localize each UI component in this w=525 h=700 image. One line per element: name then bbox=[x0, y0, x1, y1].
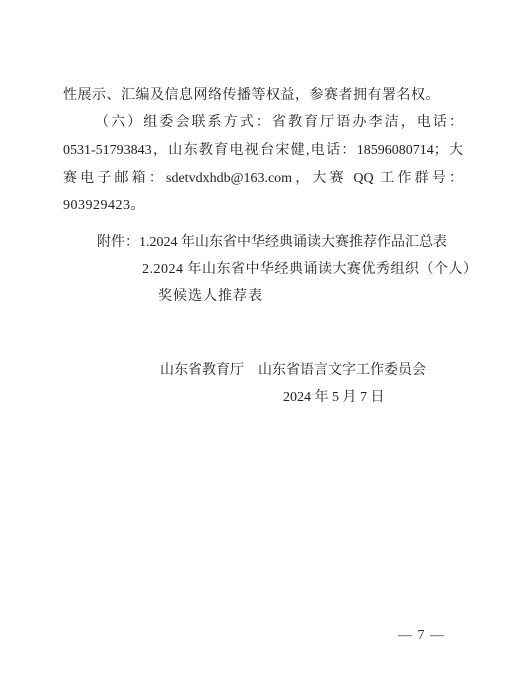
body-text-line: 赛电子邮箱：sdetvdxhdb@163.com，大赛 QQ 工作群号： bbox=[63, 171, 463, 186]
body-text-line: 903929423。 bbox=[63, 198, 145, 213]
page-number: — 7 — bbox=[398, 628, 445, 643]
signature-date: 2024 年 5 月 7 日 bbox=[283, 390, 385, 405]
signature-organizations: 山东省教育厅 山东省语言文字工作委员会 bbox=[160, 363, 426, 378]
body-text-line: 0531-51793843，山东教育电视台宋健,电话：18596080714；大 bbox=[63, 143, 463, 158]
attachment-item-1: 附件：1.2024 年山东省中华经典诵读大赛推荐作品汇总表 bbox=[97, 235, 447, 250]
body-text-line: 性展示、汇编及信息网络传播等权益，参赛者拥有署名权。 bbox=[63, 88, 440, 103]
attachment-item-2: 2.2024 年山东省中华经典诵读大赛优秀组织（个人） bbox=[142, 262, 478, 277]
document-page: 性展示、汇编及信息网络传播等权益，参赛者拥有署名权。 （六）组委会联系方式：省教… bbox=[0, 0, 525, 700]
attachment-item-2-continued: 奖候选人推荐表 bbox=[158, 289, 263, 304]
body-text-line: （六）组委会联系方式：省教育厅语办李洁，电话： bbox=[95, 115, 463, 130]
